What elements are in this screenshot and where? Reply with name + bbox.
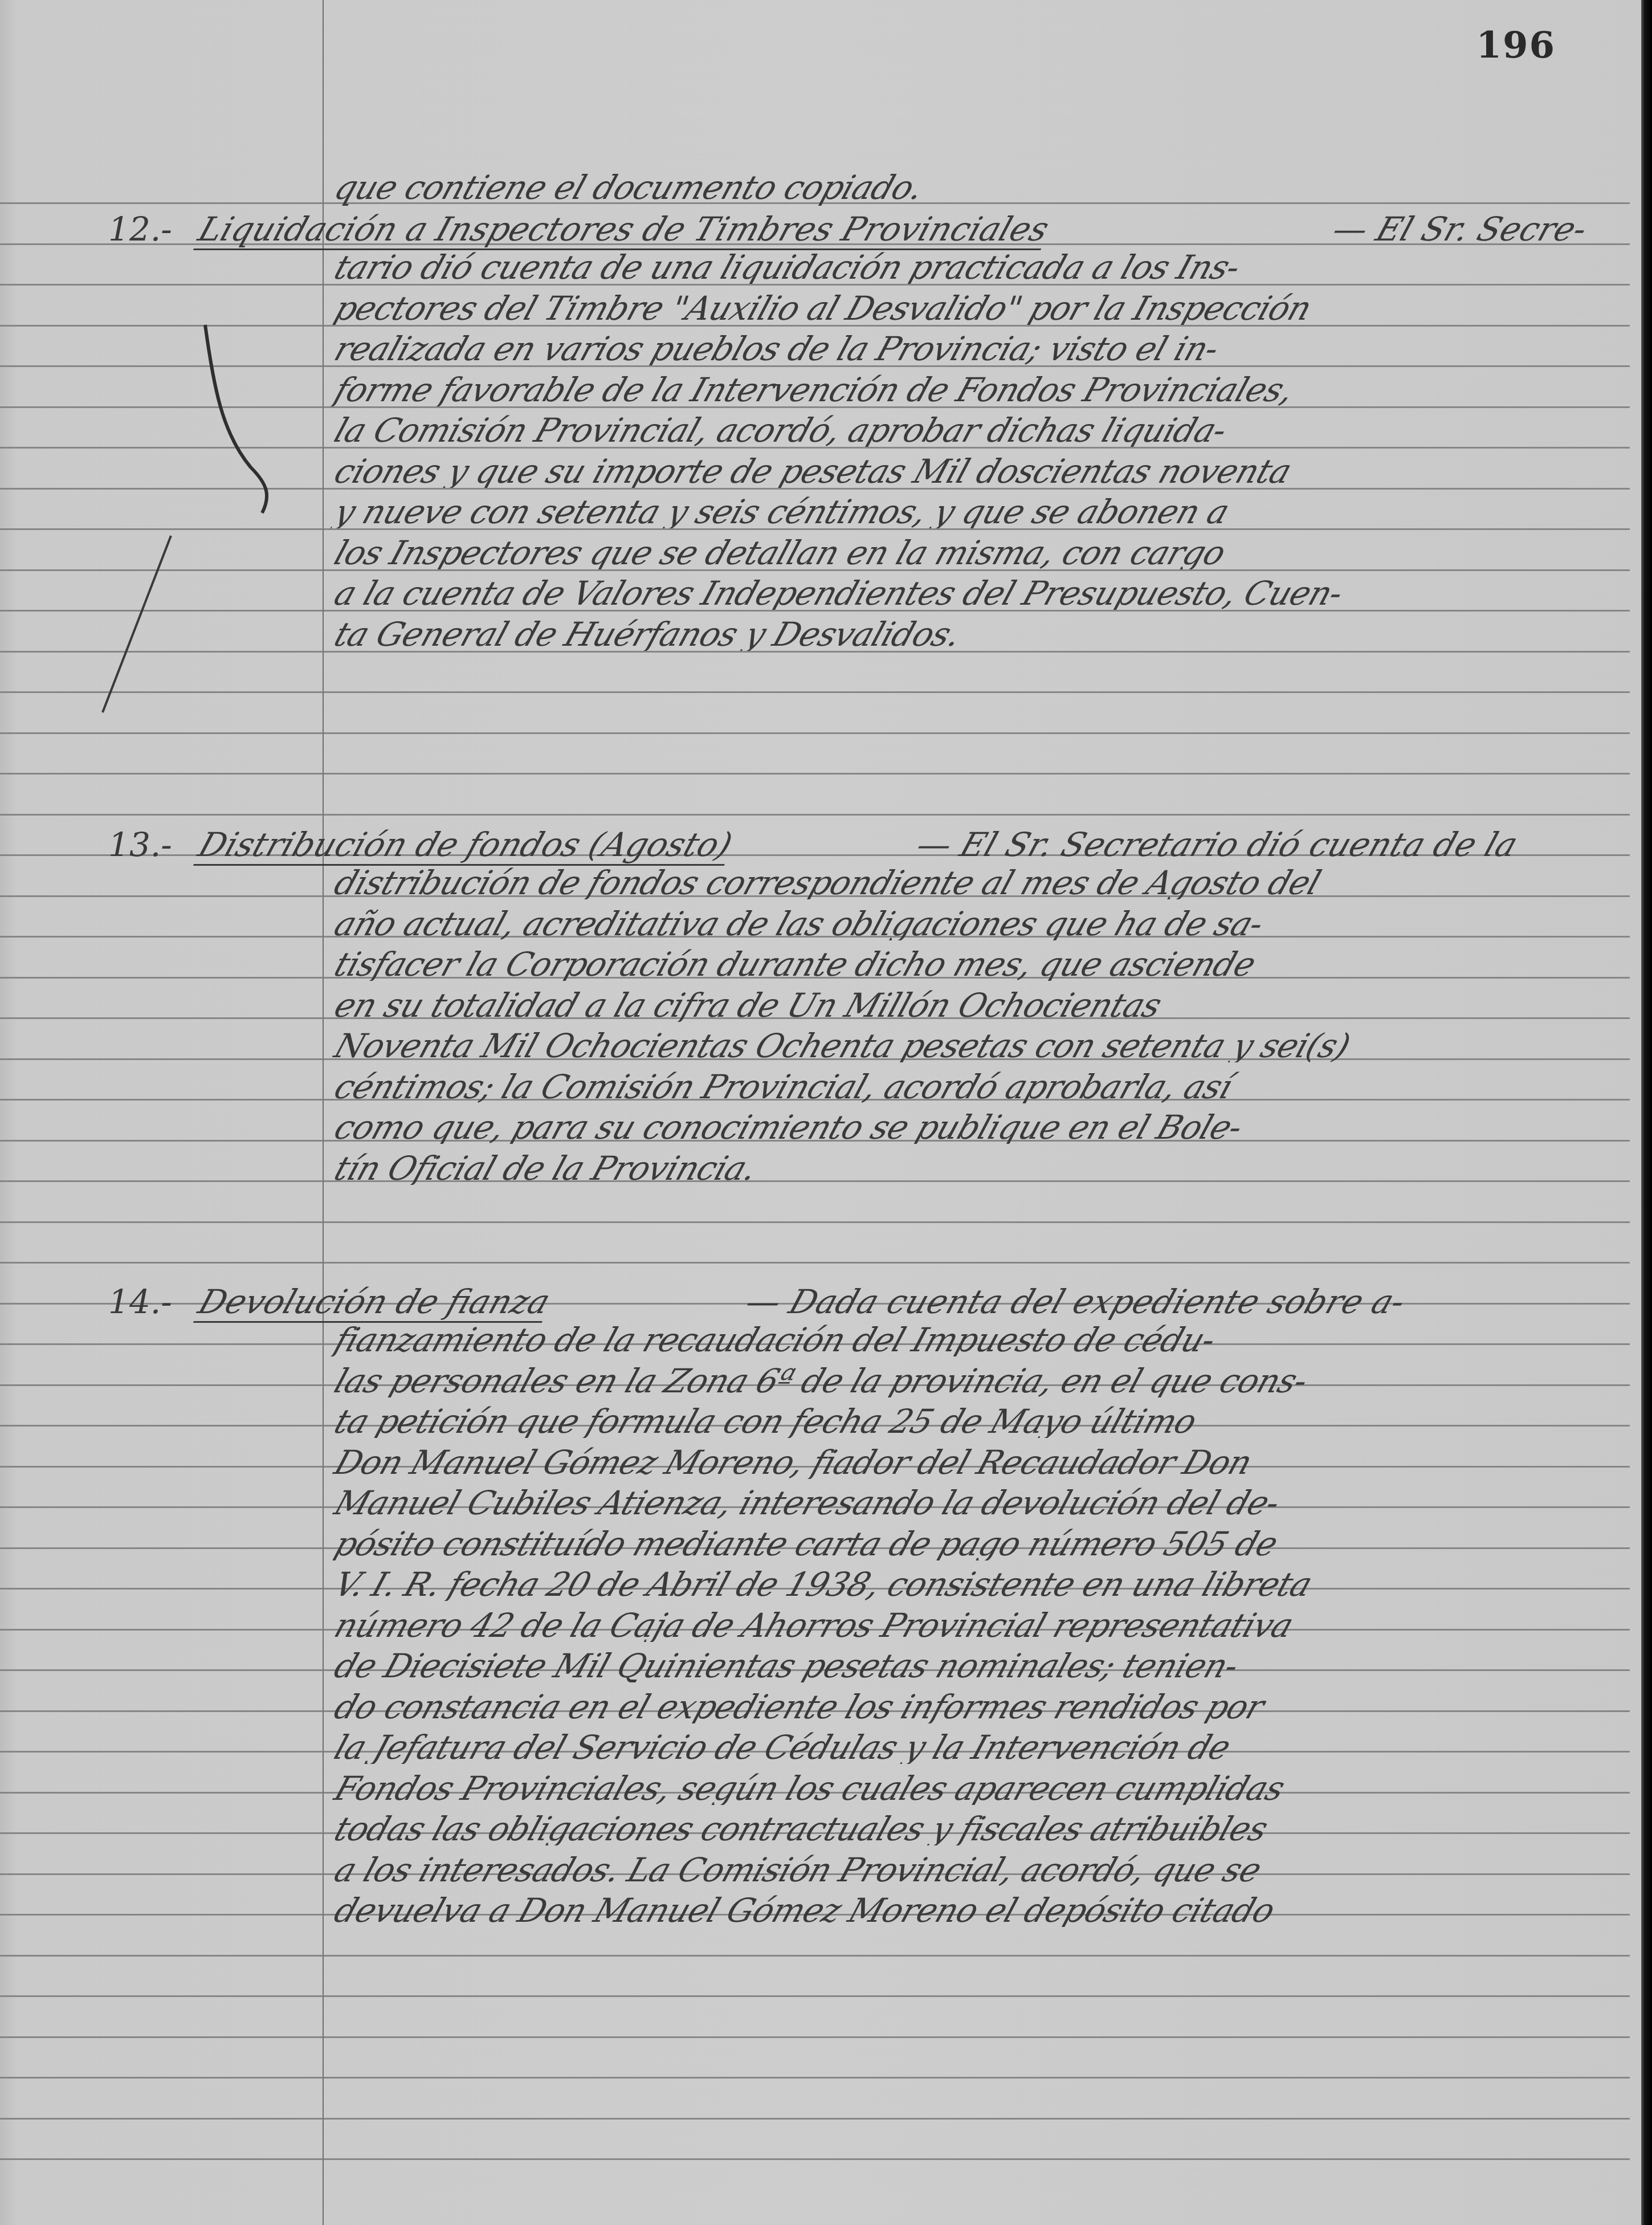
handwritten-line: de Diecisiete Mil Quinientas pesetas nom… — [331, 1649, 1629, 1682]
ruled-line — [0, 2036, 1630, 2038]
handwritten-line: Fondos Provinciales, según los cuales ap… — [331, 1772, 1629, 1805]
page-number: 196 — [1476, 24, 1556, 67]
handwritten-line: a la cuenta de Valores Independientes de… — [331, 577, 1629, 610]
handwritten-line: Manuel Cubiles Atienza, interesando la d… — [331, 1486, 1629, 1519]
ruled-line — [0, 773, 1630, 775]
handwritten-line: V. I. R. fecha 20 de Abril de 1938, cons… — [331, 1568, 1629, 1601]
brace-mark-icon — [171, 319, 319, 661]
handwritten-line: año actual, acreditativa de las obligaci… — [331, 907, 1629, 940]
ruled-line — [0, 1221, 1630, 1223]
handwritten-line: ta General de Huérfanos y Desvalidos. — [331, 618, 1629, 651]
handwritten-line: Noventa Mil Ochocientas Ochenta pesetas … — [331, 1029, 1629, 1062]
item-14-number: 14.- — [108, 1282, 172, 1321]
carryover-line: que contiene el documento copiado. — [331, 171, 927, 204]
slash-mark-icon — [91, 530, 182, 718]
ruled-line — [0, 284, 1630, 286]
handwritten-line: y nueve con setenta y seis céntimos, y q… — [331, 495, 1629, 528]
handwritten-line: la Comisión Provincial, acordó, aprobar … — [331, 414, 1629, 447]
ruled-line — [0, 2077, 1630, 2079]
margin-rule — [323, 0, 324, 2225]
handwritten-line: Don Manuel Gómez Moreno, fiador del Reca… — [331, 1446, 1629, 1479]
binding-edge — [1641, 0, 1652, 2225]
item-12-number: 12.- — [108, 210, 172, 248]
handwritten-line: distribución de fondos correspondiente a… — [331, 866, 1629, 899]
ruled-line — [0, 691, 1630, 693]
handwritten-line: en su totalidad a la cifra de Un Millón … — [331, 989, 1629, 1022]
item-13-number: 13.- — [108, 825, 172, 864]
ruled-line — [0, 814, 1630, 816]
ruled-line — [0, 1995, 1630, 1997]
item-12-heading-tail: — El Sr. Secre- — [1328, 210, 1592, 248]
handwritten-line: tisfacer la Corporación durante dicho me… — [331, 948, 1629, 981]
item-14-heading: Devolución de fianza — [194, 1282, 555, 1321]
item-12-heading: Liquidación a Inspectores de Timbres Pro… — [194, 210, 1054, 248]
handwritten-line: tín Oficial de la Provincia. — [331, 1152, 1629, 1185]
ruled-line — [0, 732, 1630, 734]
handwritten-line: devuelva a Don Manuel Gómez Moreno el de… — [331, 1894, 1629, 1927]
handwritten-line: ta petición que formula con fecha 25 de … — [331, 1405, 1629, 1438]
handwritten-line: las personales en la Zona 6ª de la provi… — [331, 1364, 1629, 1397]
handwritten-line: número 42 de la Caja de Ahorros Provinci… — [331, 1609, 1629, 1642]
handwritten-line: do constancia en el expediente los infor… — [331, 1690, 1629, 1723]
ledger-page: 196 que contiene el documento copiado. 1… — [0, 0, 1641, 2225]
handwritten-line: tario dió cuenta de una liquidación prac… — [331, 251, 1629, 284]
handwritten-line: los Inspectores que se detallan en la mi… — [331, 536, 1629, 569]
handwritten-line: céntimos; la Comisión Provincial, acordó… — [331, 1070, 1629, 1103]
item-14-heading-tail: — Dada cuenta del expediente sobre a- — [741, 1282, 1410, 1321]
handwritten-line: como que, para su conocimiento se publiq… — [331, 1111, 1629, 1144]
handwritten-line: la Jefatura del Servicio de Cédulas y la… — [331, 1731, 1629, 1764]
handwritten-line: pósito constituído mediante carta de pag… — [331, 1527, 1629, 1560]
handwritten-line: a los interesados. La Comisión Provincia… — [331, 1853, 1629, 1886]
item-13-heading: Distribución de fondos (Agosto) — [194, 825, 737, 864]
handwritten-line: realizada en varios pueblos de la Provin… — [331, 332, 1629, 365]
handwritten-line: forme favorable de la Intervención de Fo… — [331, 373, 1629, 406]
item-13-heading-tail: — El Sr. Secretario dió cuenta de la — [912, 825, 1523, 864]
handwritten-line: ciones y que su importe de pesetas Mil d… — [331, 455, 1629, 488]
handwritten-line: todas las obligaciones contractuales y f… — [331, 1812, 1629, 1845]
handwritten-line: pectores del Timbre "Auxilio al Desvalid… — [331, 292, 1629, 325]
ruled-line — [0, 1262, 1630, 1264]
ruled-line — [0, 1955, 1630, 1957]
ruled-line — [0, 2118, 1630, 2120]
ruled-line — [0, 2158, 1630, 2160]
handwritten-line: fianzamiento de la recaudación del Impue… — [331, 1323, 1629, 1356]
